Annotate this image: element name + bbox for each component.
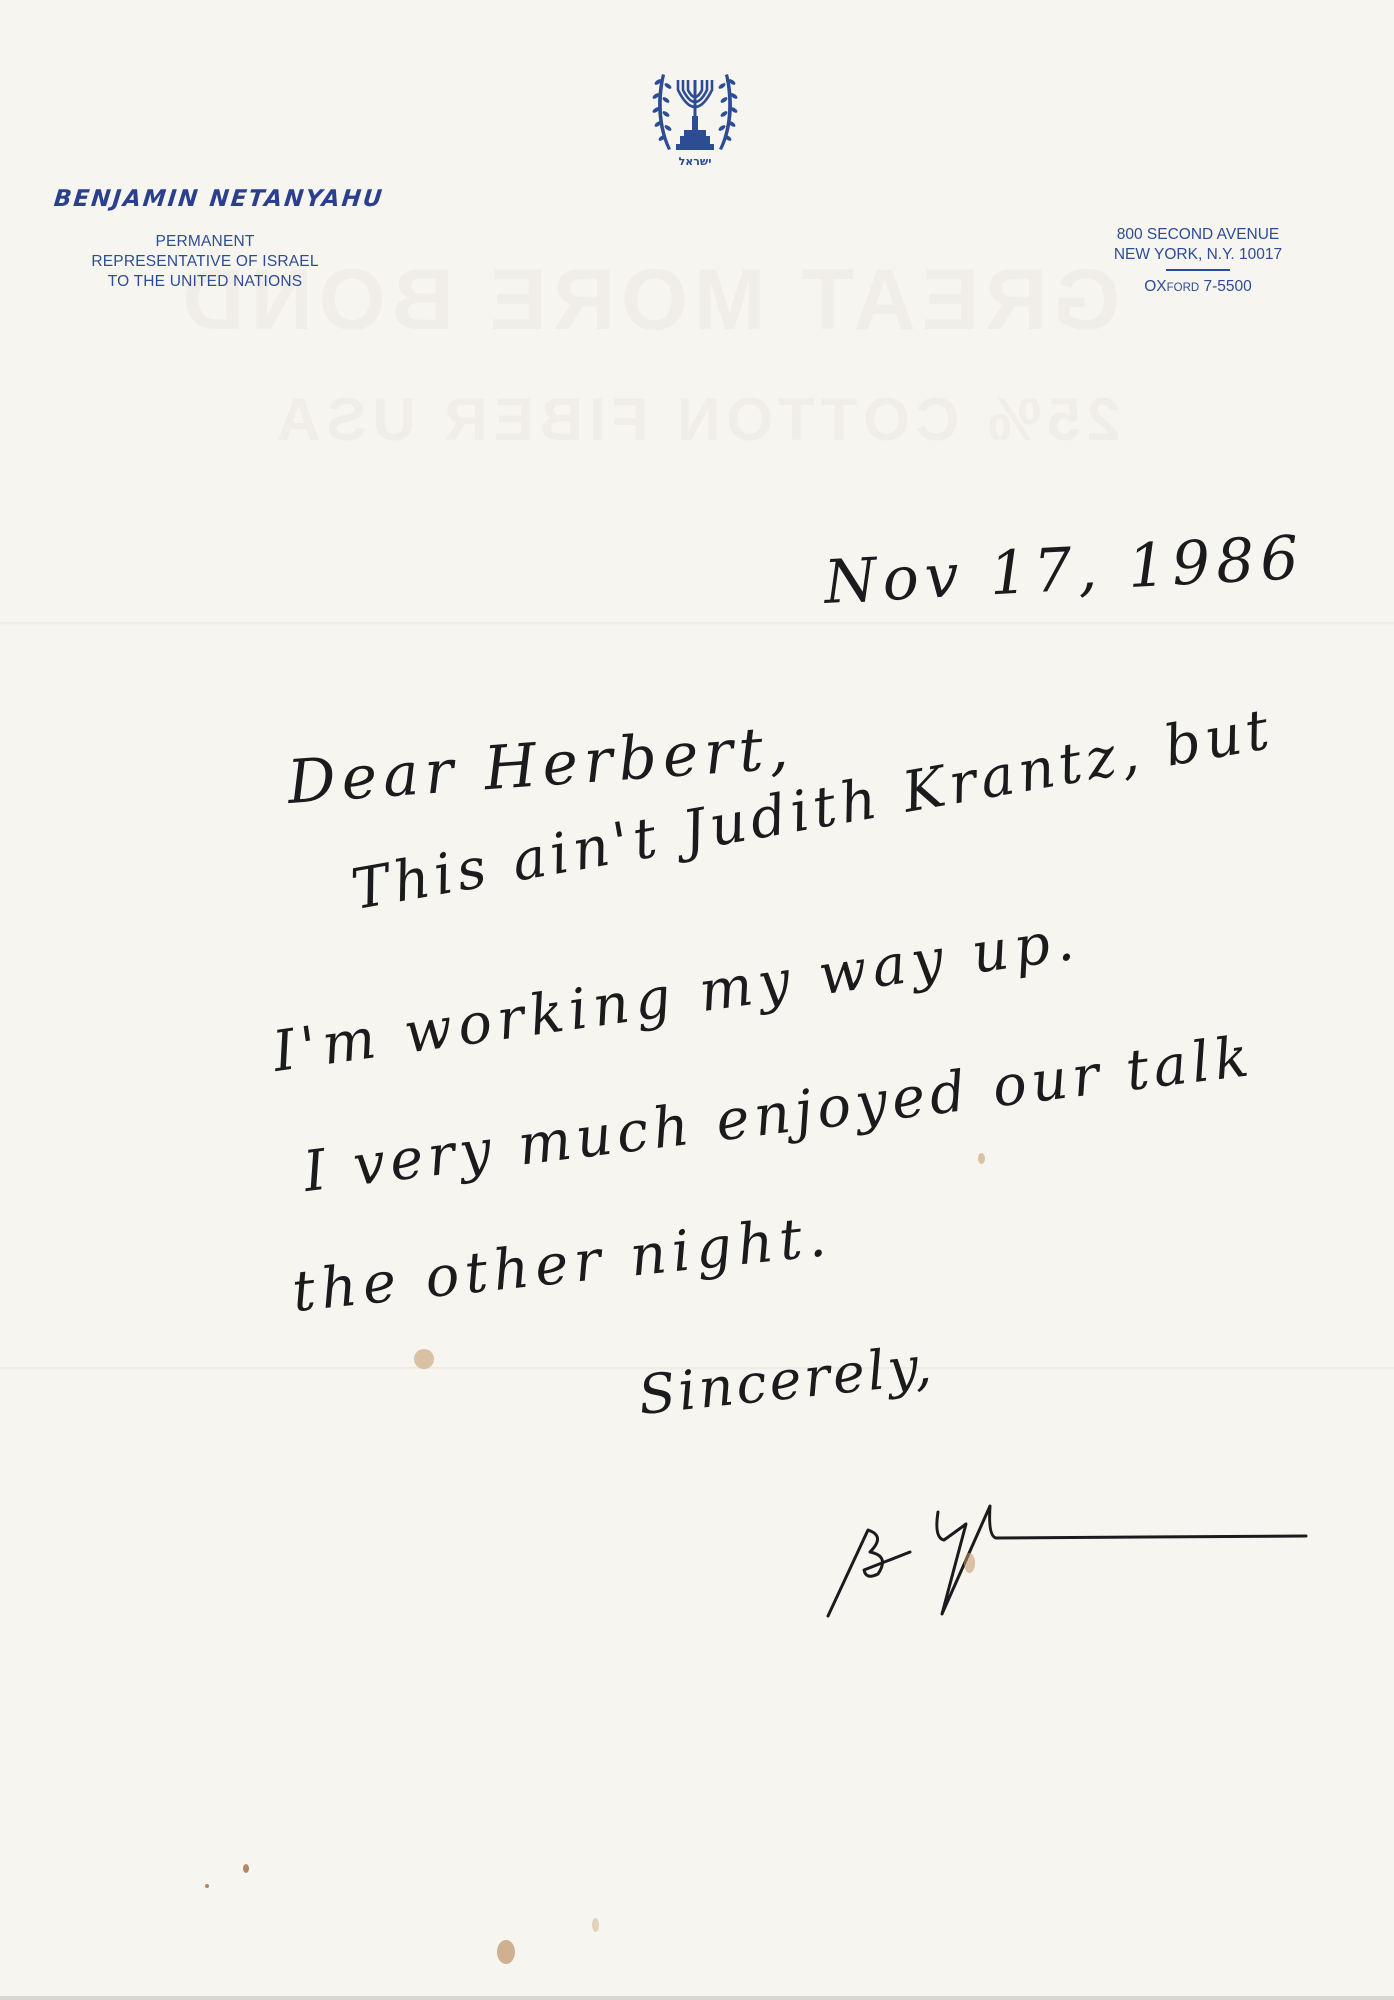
stain-mark [414,1349,434,1369]
body-line: This ain't Judith Krantz, but [347,697,1279,923]
stain-mark [243,1864,249,1873]
letter-date: Nov 17, 1986 [822,523,1306,618]
stain-mark [964,1553,975,1573]
stain-mark [205,1884,209,1888]
paper-watermark: GREAT MORE BOND 25% COTTON FIBER USA [360,240,1120,480]
svg-text:ישראל: ישראל [679,155,712,168]
sender-name: BENJAMIN NETANYAHU [53,186,385,212]
mission-address: 800 SECOND AVENUE NEW YORK, N.Y. 10017 O… [1090,225,1306,298]
street-line: 800 SECOND AVENUE [1090,225,1306,245]
city-line: NEW YORK, N.Y. 10017 [1090,245,1306,265]
handwritten-signature-icon [820,1500,1320,1620]
letter-page: GREAT MORE BOND 25% COTTON FIBER USA [0,0,1394,2000]
sender-title: PERMANENT REPRESENTATIVE OF ISRAEL TO TH… [60,232,350,292]
body-line: the other night. [289,1204,835,1325]
stain-mark [592,1918,599,1932]
fold-line-upper [0,622,1394,625]
stain-mark [497,1940,515,1964]
israel-menorah-emblem-icon: ישראל [648,66,742,170]
phone-number: OXFORD 7-5500 [1090,277,1306,298]
stain-mark [978,1153,985,1164]
closing: Sincerely, [635,1333,937,1427]
address-divider [1166,269,1230,271]
